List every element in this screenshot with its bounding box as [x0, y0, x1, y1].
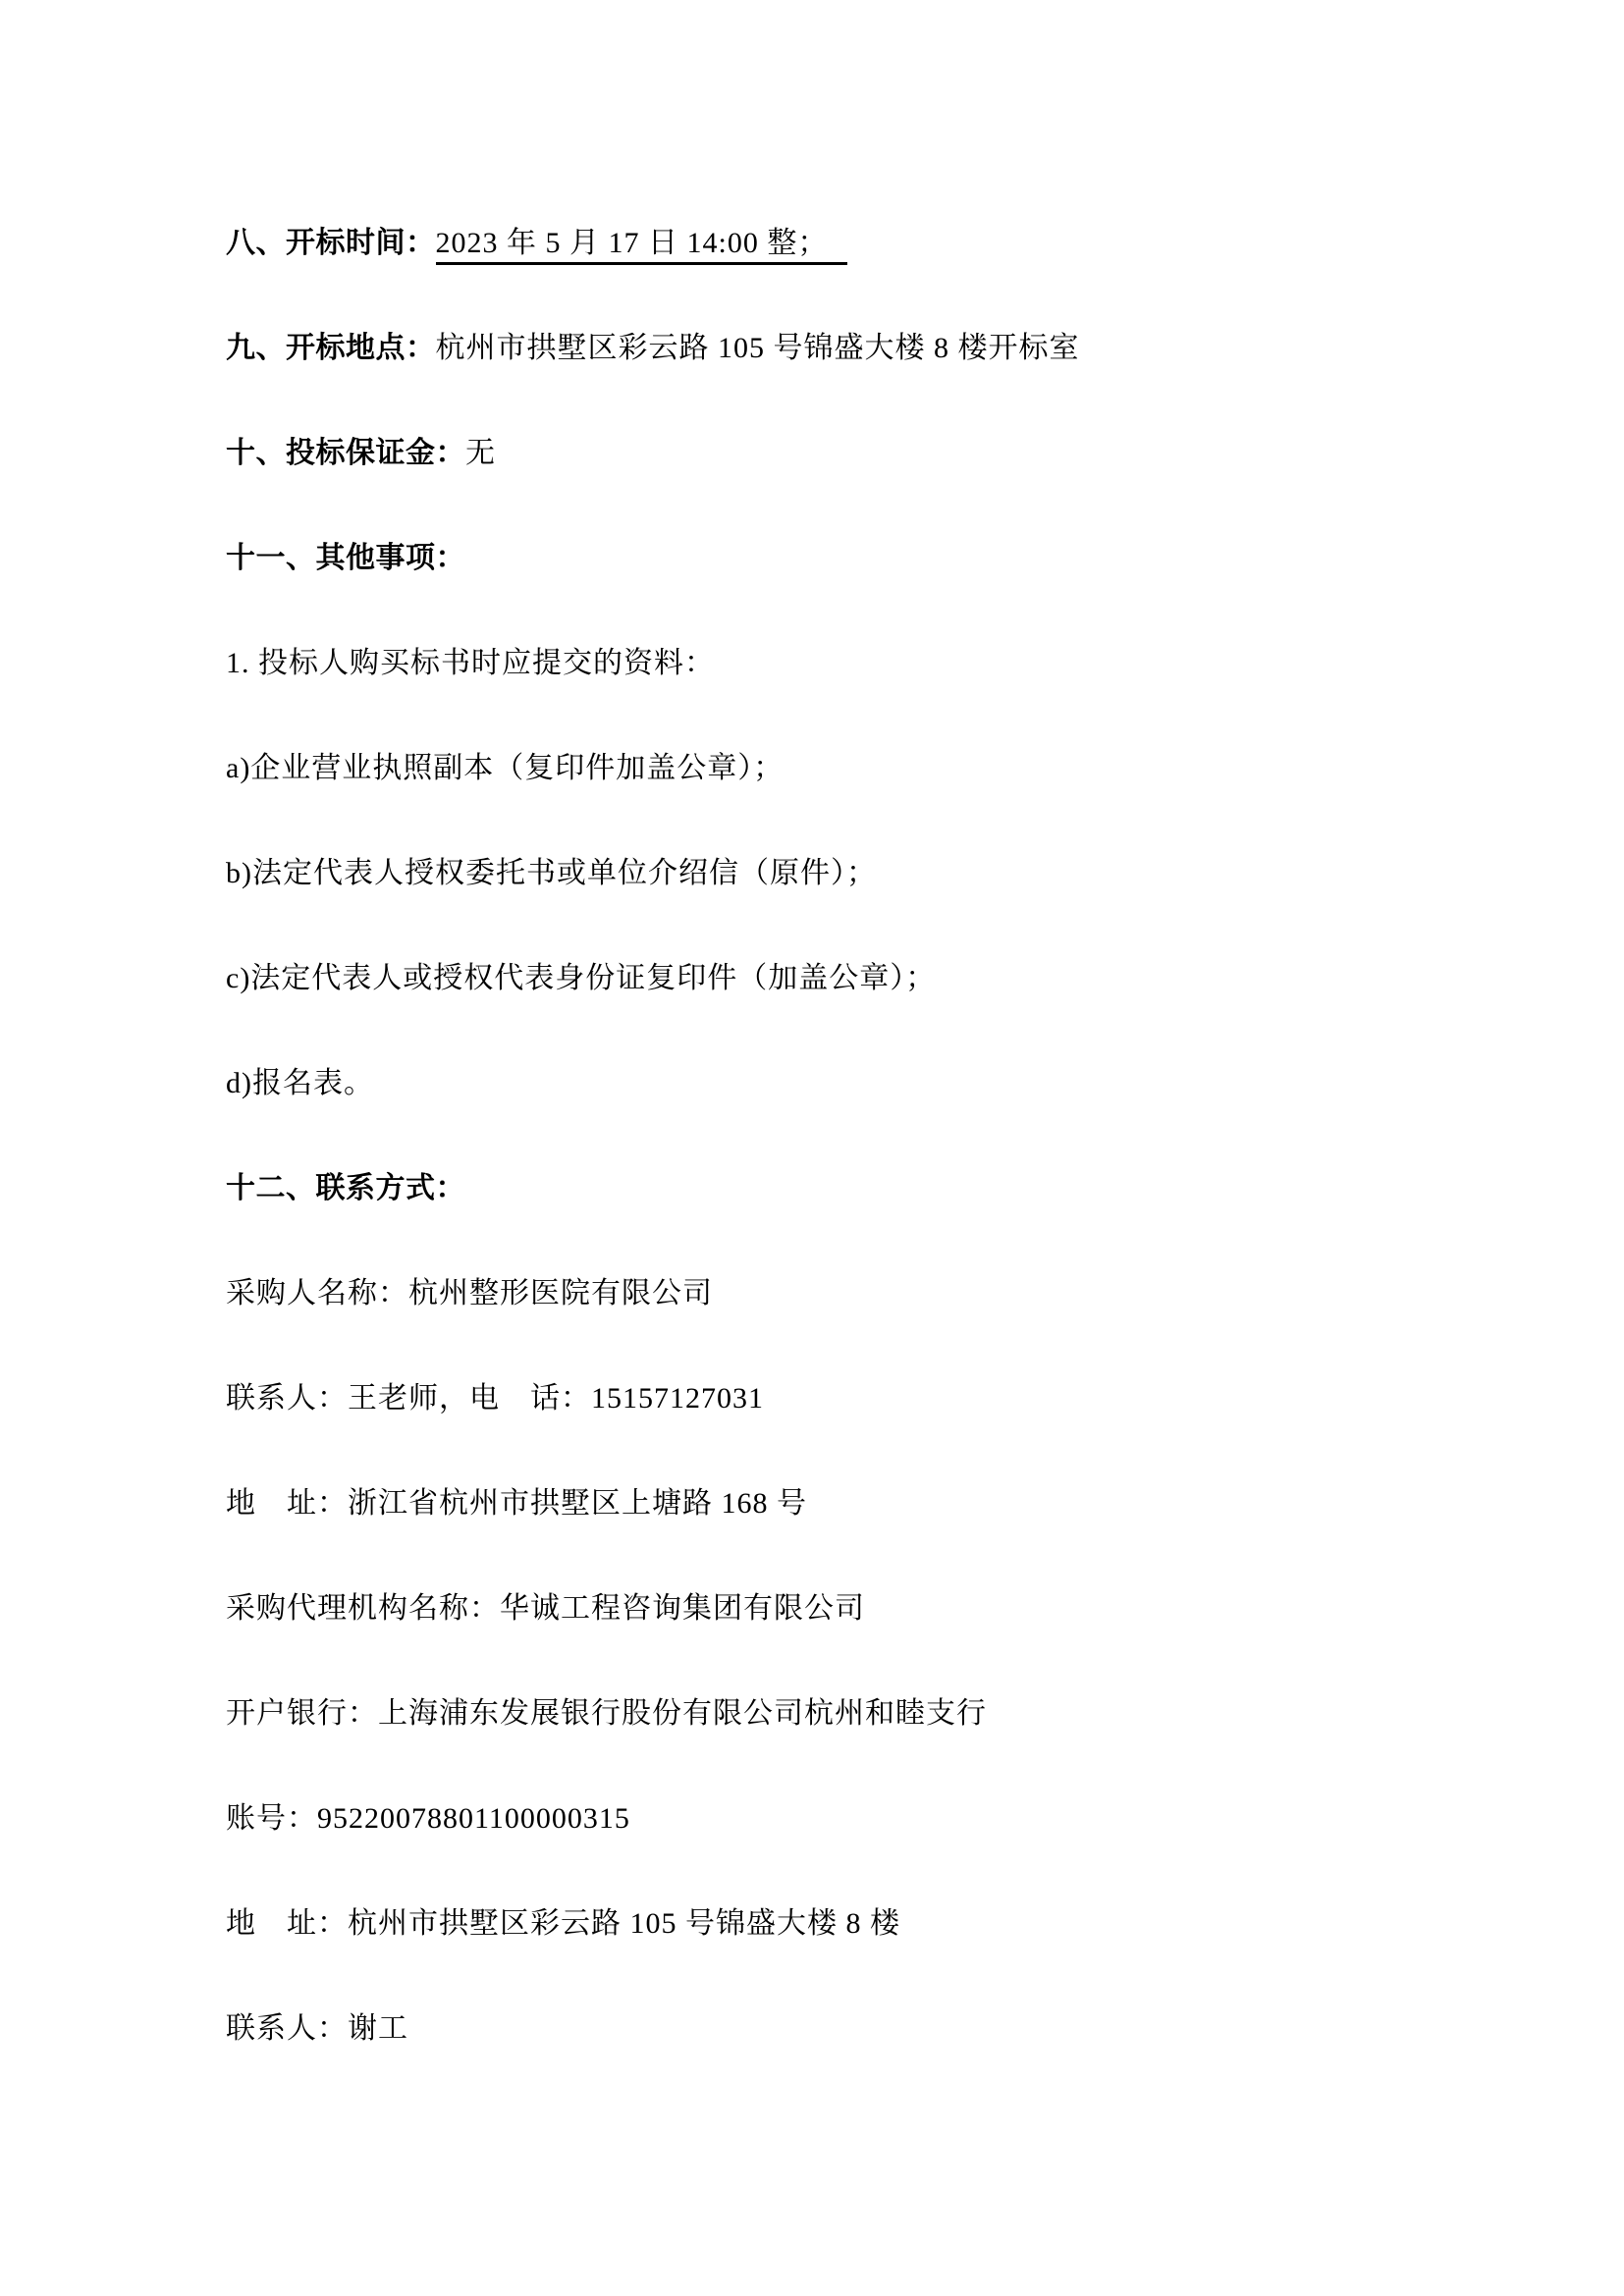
material-item-d-text: d)报名表。 [226, 1067, 374, 1099]
purchaser-address-text: 地 址：浙江省杭州市拱墅区上塘路 168 号 [226, 1487, 807, 1520]
account-number-text: 账号：95220078801100000315 [226, 1802, 630, 1835]
bid-opening-location-value: 杭州市拱墅区彩云路 105 号锦盛大楼 8 楼开标室 [436, 332, 1080, 364]
bid-opening-time-value: 2023 年 5 月 17 日 14:00 整； [436, 227, 848, 265]
purchaser-name-line: 采购人名称：杭州整形医院有限公司 [226, 1278, 1477, 1309]
purchaser-name-text: 采购人名称：杭州整形医院有限公司 [226, 1277, 713, 1309]
agency-address-text: 地 址：杭州市拱墅区彩云路 105 号锦盛大楼 8 楼 [226, 1907, 900, 1940]
bank-name-line: 开户银行：上海浦东发展银行股份有限公司杭州和睦支行 [226, 1698, 1477, 1730]
contact-info-label: 十二、联系方式： [226, 1171, 465, 1205]
bid-bond-line: 十、投标保证金：无 [226, 438, 1477, 469]
material-item-b: b)法定代表人授权委托书或单位介绍信（原件）； [226, 858, 1477, 889]
bid-opening-location-label: 九、开标地点： [226, 331, 436, 365]
agency-name-line: 采购代理机构名称：华诚工程咨询集团有限公司 [226, 1593, 1477, 1625]
material-item-a-text: a)企业营业执照副本（复印件加盖公章）； [226, 752, 784, 784]
other-matters-heading: 十一、其他事项： [226, 543, 1477, 574]
bank-name-text: 开户银行：上海浦东发展银行股份有限公司杭州和睦支行 [226, 1697, 987, 1730]
material-item-a: a)企业营业执照副本（复印件加盖公章）； [226, 753, 1477, 784]
purchaser-address-line: 地 址：浙江省杭州市拱墅区上塘路 168 号 [226, 1488, 1477, 1520]
material-item-b-text: b)法定代表人授权委托书或单位介绍信（原件）； [226, 857, 877, 889]
materials-intro-text: 1. 投标人购买标书时应提交的资料： [226, 647, 715, 679]
purchaser-contact-text: 联系人：王老师，电 话：15157127031 [226, 1382, 764, 1415]
other-matters-label: 十一、其他事项： [226, 541, 465, 575]
material-item-d: d)报名表。 [226, 1068, 1477, 1099]
materials-intro: 1. 投标人购买标书时应提交的资料： [226, 648, 1477, 679]
bid-bond-label: 十、投标保证金： [226, 436, 465, 470]
contact-info-heading: 十二、联系方式： [226, 1173, 1477, 1204]
bid-opening-location-line: 九、开标地点：杭州市拱墅区彩云路 105 号锦盛大楼 8 楼开标室 [226, 333, 1477, 364]
bid-opening-time-line: 八、开标时间：2023 年 5 月 17 日 14:00 整； [226, 228, 1477, 259]
material-item-c-text: c)法定代表人或授权代表身份证复印件（加盖公章）； [226, 962, 936, 994]
agency-contact-line: 联系人：谢工 [226, 2013, 1477, 2045]
bid-bond-value: 无 [465, 437, 496, 469]
material-item-c: c)法定代表人或授权代表身份证复印件（加盖公章）； [226, 963, 1477, 994]
purchaser-contact-line: 联系人：王老师，电 话：15157127031 [226, 1383, 1477, 1415]
agency-address-line: 地 址：杭州市拱墅区彩云路 105 号锦盛大楼 8 楼 [226, 1908, 1477, 1940]
account-number-line: 账号：95220078801100000315 [226, 1803, 1477, 1835]
document-page: 八、开标时间：2023 年 5 月 17 日 14:00 整； 九、开标地点：杭… [0, 0, 1624, 2296]
bid-opening-time-label: 八、开标时间： [226, 226, 436, 260]
agency-contact-text: 联系人：谢工 [226, 2012, 408, 2045]
agency-name-text: 采购代理机构名称：华诚工程咨询集团有限公司 [226, 1592, 865, 1625]
